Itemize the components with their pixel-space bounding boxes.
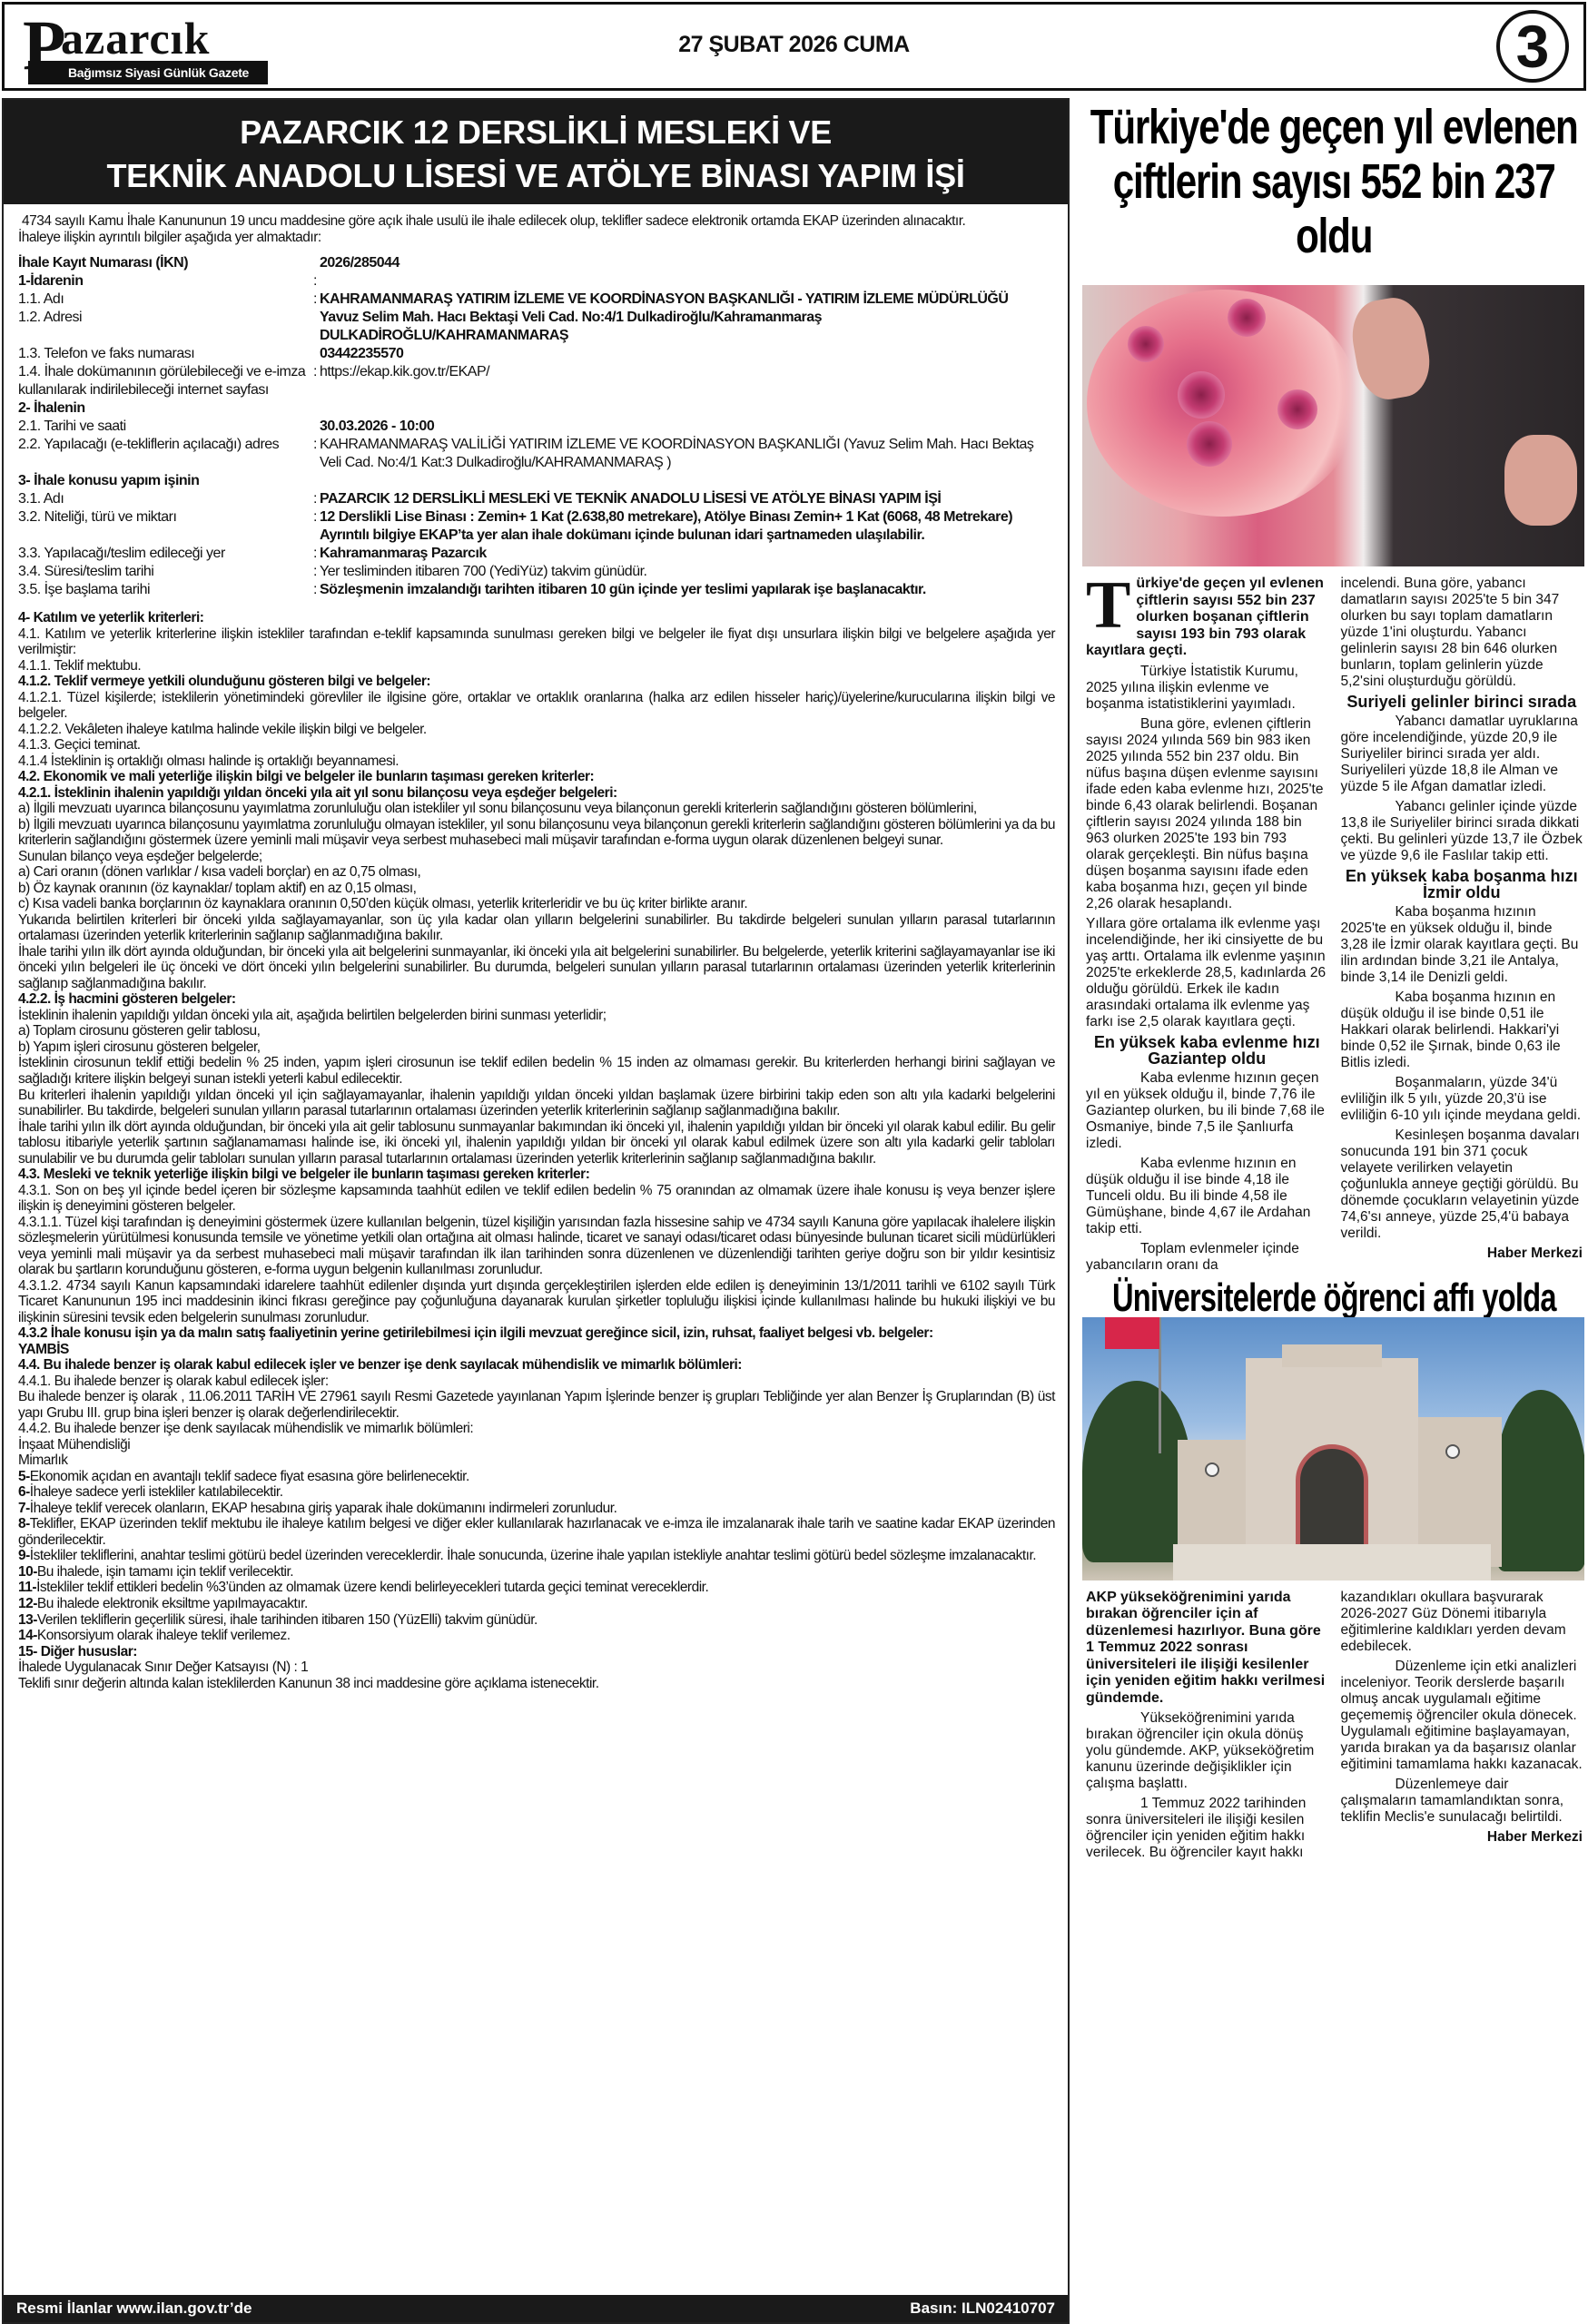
numbered-clause: 9-İstekliler tekliflerini, anahtar tesli… [18, 1548, 1055, 1564]
press-code: Basın: ILN02410707 [910, 2295, 1055, 2322]
field-label: 1.1. Adı [18, 290, 311, 309]
criteria-paragraph: 4.1.4 İsteklinin iş ortaklığı olması hal… [18, 753, 1055, 770]
paragraph: Toplam evlenmeler içinde yabancıların or… [1086, 1241, 1328, 1274]
clause-text: İhaleye teklif verecek olanların, EKAP h… [30, 1501, 617, 1516]
paragraph: Kesinleşen boşanma davaları sonucunda 19… [1341, 1128, 1583, 1242]
field-value [320, 272, 1055, 290]
criteria-paragraph: Yukarıda belirtilen kriterleri bir öncek… [18, 912, 1055, 944]
field-label: 3.5. İşe başlama tarihi [18, 581, 311, 599]
clause-text: İhaleye sadece yerli istekliler katılabi… [30, 1484, 283, 1500]
field-label: 3.2. Niteliği, türü ve miktarı [18, 508, 311, 545]
paragraph: Yükseköğrenimini yarıda bırakan öğrencil… [1086, 1710, 1328, 1792]
clock-icon [1445, 1444, 1460, 1459]
article-1-column-1: Türkiye'de geçen yıl evlenen çiftlerin s… [1086, 576, 1328, 1277]
byline: Haber Merkezi [1341, 1829, 1583, 1846]
clause-text: İstekliler tekliflerini, anahtar teslimi… [30, 1548, 1036, 1563]
qualification-criteria: 4- Katılım ve yeterlik kriterleri:4.1. K… [18, 610, 1055, 1469]
field-label: 3.3. Yapılacağı/teslim edileceği yer [18, 545, 311, 563]
rose-icon [1128, 326, 1164, 362]
criteria-paragraph: İsteklinin cirosunun teklif ettiği bedel… [18, 1055, 1055, 1087]
clause-text: Bu ihalede elektronik eksiltme yapılmaya… [37, 1596, 308, 1611]
clause-number: 9- [18, 1548, 30, 1563]
field-value [320, 399, 1055, 418]
criteria-paragraph: 4.1.2.2. Vekâleten ihaleye katılma halin… [18, 722, 1055, 738]
rose-icon [1178, 371, 1225, 419]
criteria-paragraph: a) Toplam cirosunu gösteren gelir tablos… [18, 1023, 1055, 1039]
article-2-body: AKP yükseköğrenimini yarıda bırakan öğre… [1082, 1581, 1586, 1866]
criteria-paragraph: İnşaat Mühendisliği [18, 1437, 1055, 1453]
article-2-column-2: kazandıkları okullara başvurarak 2026-20… [1341, 1590, 1583, 1866]
rose-icon [1228, 299, 1266, 337]
field-value: PAZARCIK 12 DERSLİKLİ MESLEKİ VE TEKNİK … [320, 490, 1055, 508]
criteria-paragraph: 4.4. Bu ihalede benzer iş olarak kabul e… [18, 1357, 1055, 1374]
tree-shape [1495, 1390, 1584, 1571]
field-colon: : [311, 563, 320, 581]
criteria-paragraph: Bu kriterleri ihalenin yapıldığı yıldan … [18, 1088, 1055, 1119]
field-value[interactable]: https://ekap.kik.gov.tr/EKAP/ [320, 363, 1055, 399]
criteria-paragraph: 4.2.1. İsteklinin ihalenin yapıldığı yıl… [18, 785, 1055, 802]
rose-icon [1277, 389, 1317, 429]
criteria-paragraph: 4.2. Ekonomik ve mali yeterliğe ilişkin … [18, 769, 1055, 785]
criteria-paragraph: İsteklinin ihalenin yapıldığı yıldan önc… [18, 1008, 1055, 1024]
criteria-paragraph: 4.4.2. Bu ihalede benzer işe denk sayıla… [18, 1421, 1055, 1437]
flag-icon [1105, 1317, 1159, 1349]
field-colon: : [311, 363, 320, 399]
field-colon [311, 399, 320, 418]
ad-title: PAZARCIK 12 DERSLİKLİ MESLEKİ VE TEKNİK … [4, 100, 1068, 204]
criteria-paragraph: 4.3.1.1. Tüzel kişi tarafından iş deneyi… [18, 1215, 1055, 1278]
field-value: 2026/285044 [320, 254, 1055, 272]
criteria-paragraph: 4.1. Katılım ve yeterlik kriterlerine il… [18, 626, 1055, 658]
numbered-clause: 14-Konsorsiyum olarak ihaleye teklif ver… [18, 1628, 1055, 1644]
article-1-lead: Türkiye'de geçen yıl evlenen çiftlerin s… [1086, 576, 1328, 660]
paragraph: 1 Temmuz 2022 tarihinden sonra üniversit… [1086, 1796, 1328, 1861]
field-value: KAHRAMANMARAŞ VALİLİĞİ YATIRIM İZLEME VE… [320, 436, 1055, 472]
criteria-paragraph: 4.3.1.2. 4734 sayılı Kanun kapsamındaki … [18, 1278, 1055, 1326]
criteria-paragraph: 4.1.3. Geçici teminat. [18, 737, 1055, 753]
article-1-column-2: incelendi. Buna göre, yabancı damatların… [1341, 576, 1583, 1277]
field-colon [311, 472, 320, 490]
criteria-paragraph: Sunulan bilanço veya eşdeğer belgelerde; [18, 849, 1055, 865]
paragraph: Kaba evlenme hızının en düşük olduğu il … [1086, 1156, 1328, 1237]
field-value: Yavuz Selim Mah. Hacı Bektaşi Veli Cad. … [320, 309, 1055, 345]
article-1-body: Türkiye'de geçen yıl evlenen çiftlerin s… [1082, 566, 1586, 1277]
wedding-bouquet-photo [1082, 285, 1584, 566]
clause-text: Konsorsiyum olarak ihaleye teklif verile… [37, 1628, 291, 1643]
field-label: 3- İhale konusu yapım işinin [18, 472, 311, 490]
clause-text: İstekliler teklif ettikleri bedelin %3’ü… [36, 1580, 708, 1595]
numbered-clause: 6-İhaleye sadece yerli istekliler katıla… [18, 1484, 1055, 1501]
paragraph: Buna göre, evlenen çiftlerin sayısı 2024… [1086, 716, 1328, 912]
clause-text: Teklifler, EKAP üzerinden teklif mektubu… [18, 1516, 1055, 1548]
numbered-clause: 13-Verilen tekliflerin geçerlilik süresi… [18, 1612, 1055, 1629]
field-label: 1.2. Adresi [18, 309, 311, 345]
clause-text: Verilen tekliflerin geçerlilik süresi, i… [37, 1612, 538, 1628]
criteria-paragraph: c) Kısa vadeli banka borçlarının öz kayn… [18, 896, 1055, 912]
field-value: 03442235570 [320, 345, 1055, 363]
ad-intro: 4734 sayılı Kamu İhale Kanununun 19 uncu… [18, 213, 1055, 245]
numbered-clause: 5-Ekonomik açıdan en avantajlı teklif sa… [18, 1469, 1055, 1485]
numbered-clause: 11-İstekliler teklif ettikleri bedelin %… [18, 1580, 1055, 1596]
paragraph: Yabancı gelinler içinde yüzde 13,8 ile S… [1341, 799, 1583, 864]
field-colon: : [311, 508, 320, 545]
paragraph: Yıllara göre ortalama ilk evlenme yaşı i… [1086, 916, 1328, 1030]
criteria-paragraph: 4- Katılım ve yeterlik kriterleri: [18, 610, 1055, 626]
hand-shape [1346, 293, 1435, 404]
criteria-paragraph: b) Yapım işleri cirosunu gösteren belgel… [18, 1039, 1055, 1056]
clause-number: 11- [18, 1580, 36, 1595]
field-colon [311, 309, 320, 345]
clause-number: 8- [18, 1516, 30, 1531]
clause-text: Ekonomik açıdan en avantajlı teklif sade… [30, 1469, 469, 1484]
field-label: 2.1. Tarihi ve saati [18, 418, 311, 436]
field-label: 1-İdarenin [18, 272, 311, 290]
criteria-paragraph: a) İlgili mevzuatı uyarınca bilançosunu … [18, 801, 1055, 817]
ad-title-line-2: TEKNİK ANADOLU LİSESİ VE ATÖLYE BİNASI Y… [13, 154, 1059, 198]
paragraph: Kaba boşanma hızının 2025'te en yüksek o… [1341, 904, 1583, 986]
tender-fields: İhale Kayıt Numarası (İKN)2026/2850441-İ… [18, 254, 1055, 599]
intro-text: 4734 sayılı Kamu İhale Kanununun 19 uncu… [18, 213, 1055, 230]
rose-icon [1187, 421, 1232, 467]
field-colon: : [311, 272, 320, 290]
numbered-clause: 8-Teklifler, EKAP üzerinden teklif mektu… [18, 1516, 1055, 1548]
field-colon: : [311, 581, 320, 599]
field-colon: : [311, 436, 320, 472]
criteria-paragraph: 4.3. Mesleki ve teknik yeterliğe ilişkin… [18, 1167, 1055, 1183]
criteria-paragraph: İhale tarihi yılın ilk dört ayında olduğ… [18, 1119, 1055, 1167]
field-value: 12 Derslikli Lise Binası : Zemin+ 1 Kat … [320, 508, 1055, 545]
paragraph: Kaba evlenme hızının geçen yıl en yüksek… [1086, 1070, 1328, 1152]
paragraph: Yabancı damatlar uyruklarına göre incele… [1341, 714, 1583, 795]
field-colon [311, 254, 320, 272]
official-ads-link[interactable]: Resmi İlanlar www.ilan.gov.tr’de [16, 2295, 252, 2322]
field-colon: : [311, 545, 320, 563]
subheading: En yüksek kaba boşanma hızı İzmir oldu [1341, 868, 1583, 901]
numbered-clause: 10-Bu ihalede, işin tamamı için teklif v… [18, 1564, 1055, 1581]
field-label: 1.4. İhale dokümanının görülebileceği ve… [18, 363, 311, 399]
ad-title-line-1: PAZARCIK 12 DERSLİKLİ MESLEKİ VE [13, 111, 1059, 154]
other-line: Teklifi sınır değerin altında kalan iste… [18, 1676, 1055, 1692]
numbered-clause: 7-İhaleye teklif verecek olanların, EKAP… [18, 1501, 1055, 1517]
paragraph: kazandıkları okullara başvurarak 2026-20… [1341, 1590, 1583, 1655]
field-colon [311, 418, 320, 436]
gate-crest [1282, 1344, 1382, 1367]
masthead: P azarcık Bağımsız Siyasi Günlük Gazete … [2, 2, 1586, 91]
numbered-clauses: 5-Ekonomik açıdan en avantajlı teklif sa… [18, 1469, 1055, 1644]
field-label: 3.1. Adı [18, 490, 311, 508]
clock-icon [1205, 1462, 1219, 1477]
criteria-paragraph: Bu ihalede benzer iş olarak , 11.06.2011… [18, 1389, 1055, 1421]
other-matters-title: 15- Diğer hususlar: [18, 1644, 1055, 1660]
field-label: İhale Kayıt Numarası (İKN) [18, 254, 311, 272]
subheading: Suriyeli gelinler birinci sırada [1341, 694, 1583, 710]
tender-announcement: PAZARCIK 12 DERSLİKLİ MESLEKİ VE TEKNİK … [2, 98, 1070, 2324]
criteria-paragraph: b) İlgili mevzuatı uyarınca bilançosunu … [18, 817, 1055, 849]
paragraph: Düzenlemeye dair çalışmaların tamamlandı… [1341, 1777, 1583, 1826]
criteria-paragraph: b) Öz kaynak oranının (öz kaynaklar/ top… [18, 881, 1055, 897]
criteria-paragraph: 4.1.1. Teklif mektubu. [18, 658, 1055, 675]
clause-number: 6- [18, 1484, 30, 1500]
field-label: 2- İhalenin [18, 399, 311, 418]
numbered-clause: 12-Bu ihalede elektronik eksiltme yapılm… [18, 1596, 1055, 1612]
field-value: Yer tesliminden itibaren 700 (YediYüz) t… [320, 563, 1055, 581]
field-value: 30.03.2026 - 10:00 [320, 418, 1055, 436]
hand-shape [1504, 435, 1577, 526]
stairs [1173, 1544, 1491, 1581]
field-colon [311, 345, 320, 363]
clause-number: 14- [18, 1628, 37, 1643]
article-2-headline[interactable]: Üniversitelerde öğrenci affı yolda [1080, 1277, 1588, 1317]
ad-body: 4734 sayılı Kamu İhale Kanununun 19 uncu… [4, 204, 1068, 1691]
subheading: En yüksek kaba evlenme hızı Gaziantep ol… [1086, 1034, 1328, 1067]
field-label: 3.4. Süresi/teslim tarihi [18, 563, 311, 581]
news-column: Türkiye'de geçen yıl evlenen çiftlerin s… [1082, 98, 1586, 2324]
byline: Haber Merkezi [1341, 1246, 1583, 1262]
intro-text-2: İhaleye ilişkin ayrıntılı bilgiler aşağı… [18, 230, 1055, 246]
field-label: 1.3. Telefon ve faks numarası [18, 345, 311, 363]
field-value [320, 472, 1055, 490]
clause-number: 12- [18, 1596, 37, 1611]
criteria-paragraph: 4.1.2. Teklif vermeye yetkili olunduğunu… [18, 674, 1055, 690]
other-line: İhalede Uygulanacak Sınır Değer Katsayıs… [18, 1659, 1055, 1676]
criteria-paragraph: Mimarlık [18, 1452, 1055, 1469]
page-number: 3 [1496, 10, 1569, 83]
clause-number: 13- [18, 1612, 37, 1628]
field-colon: : [311, 290, 320, 309]
field-value: Kahramanmaraş Pazarcık [320, 545, 1055, 563]
field-value: KAHRAMANMARAŞ YATIRIM İZLEME VE KOORDİNA… [320, 290, 1055, 309]
field-colon: : [311, 490, 320, 508]
criteria-paragraph: 4.2.2. İş hacmini gösteren belgeler: [18, 991, 1055, 1008]
criteria-paragraph: 4.4.1. Bu ihalede benzer iş olarak kabul… [18, 1374, 1055, 1390]
logo-tagline: Bağımsız Siyasi Günlük Gazete [28, 61, 268, 84]
criteria-paragraph: 4.3.2 İhale konusu işin ya da malın satı… [18, 1325, 1055, 1342]
criteria-paragraph: 4.1.2.1. Tüzel kişilerde; isteklilerin y… [18, 690, 1055, 722]
criteria-paragraph: YAMBİS [18, 1342, 1055, 1358]
paragraph: Boşanmaların, yüzde 34'ü evliliğin ilk 5… [1341, 1075, 1583, 1124]
clause-text: Bu ihalede, işin tamamı için teklif veri… [37, 1564, 293, 1580]
paragraph: incelendi. Buna göre, yabancı damatların… [1341, 576, 1583, 690]
criteria-paragraph: 4.3.1. Son on beş yıl içinde bedel içere… [18, 1183, 1055, 1215]
article-2-column-1: AKP yükseköğrenimini yarıda bırakan öğre… [1086, 1590, 1328, 1866]
issue-date: 27 ŞUBAT 2026 CUMA [5, 32, 1583, 58]
ad-footer: Resmi İlanlar www.ilan.gov.tr’de Basın: … [4, 2295, 1068, 2322]
criteria-paragraph: İhale tarihi yılın ilk dört ayında olduğ… [18, 944, 1055, 992]
field-value: Sözleşmenin imzalandığı tarihten itibare… [320, 581, 1055, 599]
other-matters: İhalede Uygulanacak Sınır Değer Katsayıs… [18, 1659, 1055, 1691]
paragraph: Düzenleme için etki analizleri inceleniy… [1341, 1659, 1583, 1773]
clause-number: 5- [18, 1469, 30, 1484]
paragraph: Kaba boşanma hızının en düşük olduğu il … [1341, 990, 1583, 1071]
tree-shape [1082, 1381, 1191, 1562]
article-2-lead: AKP yükseköğrenimini yarıda bırakan öğre… [1086, 1590, 1328, 1708]
paragraph: Türkiye İstatistik Kurumu, 2025 yılına i… [1086, 664, 1328, 713]
university-gate-photo [1082, 1317, 1584, 1581]
criteria-paragraph: a) Cari oranın (dönen varlıklar / kısa v… [18, 864, 1055, 881]
field-label: 2.2. Yapılacağı (e-tekliflerin açılacağı… [18, 436, 311, 472]
clause-number: 7- [18, 1501, 30, 1516]
article-1-headline[interactable]: Türkiye'de geçen yıl evlenen çiftlerin s… [1082, 98, 1585, 285]
clause-number: 10- [18, 1564, 37, 1580]
drop-cap: T [1086, 577, 1130, 634]
